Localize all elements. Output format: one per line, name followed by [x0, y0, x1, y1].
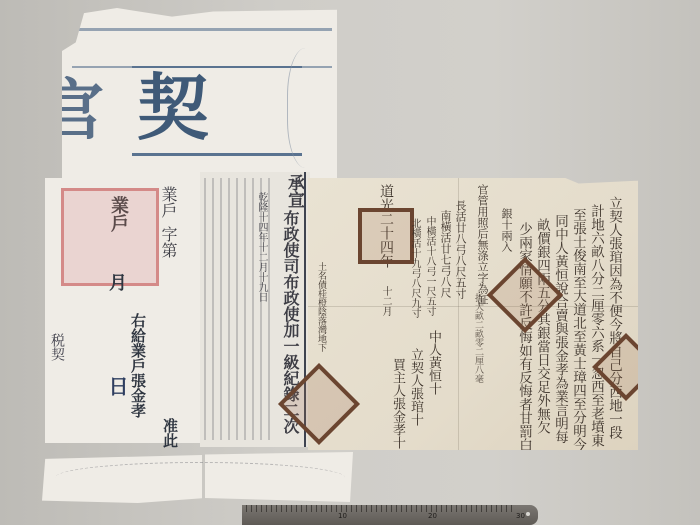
deed-line-7: 銀十兩入 — [498, 208, 514, 252]
left-margin-mark: 税契 — [47, 333, 67, 361]
character-frame — [132, 66, 302, 156]
deed-line-5: 畝價銀四兩五分其銀當日交足外無欠 — [532, 218, 552, 434]
strip-sketch-lines — [55, 462, 345, 493]
signatory-middleman: 中人黃恒十 — [424, 330, 443, 395]
metal-ruler: 10 20 30 — [242, 505, 538, 525]
deed-line-3: 至張士俊南至大道北至黃士璋四至分明今 — [568, 208, 588, 451]
label-day: 日 — [103, 376, 132, 396]
printed-date-line: 乾隆十四年十二月十九日 — [254, 192, 269, 302]
deed-line-2: 計地六畝八分二厘零六系一忽西至老墳東 — [586, 204, 606, 447]
measurement-line-1: 長活廿八弓八尺五寸 — [452, 200, 468, 299]
label-yehu: 業戶 — [157, 186, 180, 218]
printed-sheet-left-panel: 業戶 業戶 字第 月 日 右給業戶張金孝 准此 税契 — [45, 178, 205, 443]
signatory-buyer: 買主人張金孝十 — [388, 358, 407, 449]
official-note: 官管用照后無涤立字為証 — [474, 184, 490, 305]
ruler-hang-hole — [526, 512, 530, 516]
grant-to-owner-text: 右給業戶張金孝 — [130, 313, 146, 418]
label-month: 月 — [103, 273, 129, 291]
printed-sheet-top: 契 官 — [62, 8, 337, 180]
month: 十二月 — [378, 286, 393, 316]
converted-area: 折大畝二畝零二厘八毫 — [472, 293, 485, 383]
ruler-tick-label-10: 10 — [338, 512, 347, 520]
square-seal — [358, 208, 414, 264]
red-seal-text: 業戶 — [105, 196, 131, 232]
handwritten-deed: 道光二十四年 十二月 長活廿八弓八尺五寸 南橫活廿七弓八尺 中橫活十八弓一尺五寸… — [308, 178, 638, 450]
dragon-border-sketch — [287, 48, 333, 168]
ruler-ticks — [246, 505, 516, 512]
approval-text: 准此 — [160, 418, 181, 448]
label-zidi: 字第 — [157, 226, 180, 258]
signatory-seller: 立契人張琯十 — [406, 348, 425, 426]
ruler-tick-label-30: 30 — [516, 512, 525, 520]
ruler-tick-label-20: 20 — [428, 512, 437, 520]
side-note: 土名債桂橙陰落灣地下 — [315, 262, 328, 352]
deed-line-4: 同中人黃恒說合賣與張金孝為業言明每 — [550, 214, 570, 444]
measurement-line-3: 中橫活十八弓一尺五寸 — [422, 216, 437, 316]
measurement-line-2: 南橫活廿七弓八尺 — [437, 210, 453, 298]
measurement-line-4: 北橫活十九弓八尺九寸 — [407, 218, 422, 318]
deed-line-1: 立契人張琯因為不便今將自己分西地一段 — [604, 196, 624, 439]
